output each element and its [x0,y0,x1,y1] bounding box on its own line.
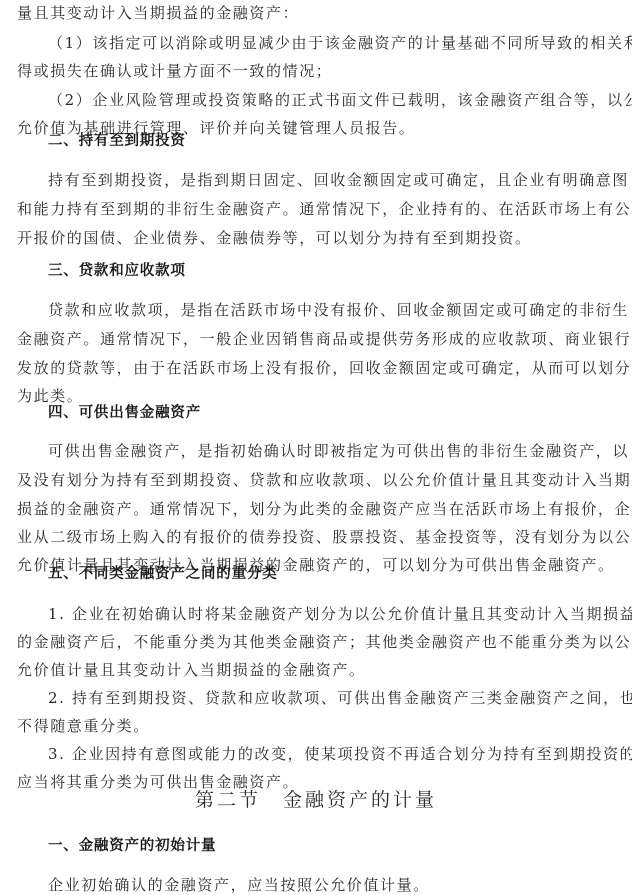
chapter-section-title: 第二节金融资产的计量 [0,787,632,813]
paragraph-line: 3. 企业因持有意图或能力的改变，使某项投资不再适合划分为持有至到期投资的， [48,744,615,764]
paragraph-line: 贷款和应收款项，是指在活跃市场中没有报价、回收金额固定或可确定的非衍生 [48,300,615,320]
section-heading: 三、贷款和应收款项 [48,261,186,281]
paragraph-line: 得或损失在确认或计量方面不一致的情况； [17,61,615,81]
section-title-text: 金融资产的计量 [283,789,437,811]
subsection-heading: 一、金融资产的初始计量 [48,836,216,856]
section-heading: 四、可供出售金融资产 [48,403,201,423]
paragraph-line: 企业初始确认的金融资产，应当按照公允价值计量。 [48,875,615,895]
paragraph-line: 金融资产。通常情况下，一般企业因销售商品或提供劳务形成的应收款项、商业银行 [17,329,615,349]
section-heading: 二、持有至到期投资 [48,131,186,151]
paragraph-line: 业从二级市场上购入的有报价的债券投资、股票投资、基金投资等，没有划分为以公 [17,527,615,547]
paragraph-line: 损益的金融资产。通常情况下，划分为此类的金融资产应当在活跃市场上有报价，企 [17,499,615,519]
paragraph-line: 允价值计量且其变动计入当期损益的金融资产。 [17,660,615,680]
paragraph-line: 和能力持有至到期的非衍生金融资产。通常情况下，企业持有的、在活跃市场上有公 [17,199,615,219]
section-number: 第二节 [195,789,261,811]
paragraph-line: 不得随意重分类。 [17,716,615,736]
paragraph-line: 的金融资产后，不能重分类为其他类金融资产；其他类金融资产也不能重分类为以公 [17,632,615,652]
paragraph-line: （2）企业风险管理或投资策略的正式书面文件已载明，该金融资产组合等，以公 [48,90,615,110]
paragraph-line: 可供出售金融资产，是指初始确认时即被指定为可供出售的非衍生金融资产，以 [48,441,615,461]
paragraph-line: 2. 持有至到期投资、贷款和应收款项、可供出售金融资产三类金融资产之间，也 [48,688,615,708]
paragraph-line: 量且其变动计入当期损益的金融资产： [17,3,615,23]
paragraph-line: 开报价的国债、企业债券、金融债券等，可以划分为持有至到期投资。 [17,228,615,248]
paragraph-line: 持有至到期投资，是指到期日固定、回收金额固定或可确定，且企业有明确意图 [48,170,615,190]
paragraph-line: （1）该指定可以消除或明显减少由于该金融资产的计量基础不同所导致的相关利 [48,33,615,53]
paragraph-line: 发放的贷款等，由于在活跃市场上没有报价，回收金额固定或可确定，从而可以划分 [17,358,615,378]
paragraph-line: 及没有划分为持有至到期投资、贷款和应收款项、以公允价值计量且其变动计入当期 [17,470,615,490]
section-heading: 五、不同类金融资产之间的重分类 [48,564,278,584]
paragraph-line: 1. 企业在初始确认时将某金融资产划分为以公允价值计量且其变动计入当期损益 [48,604,615,624]
